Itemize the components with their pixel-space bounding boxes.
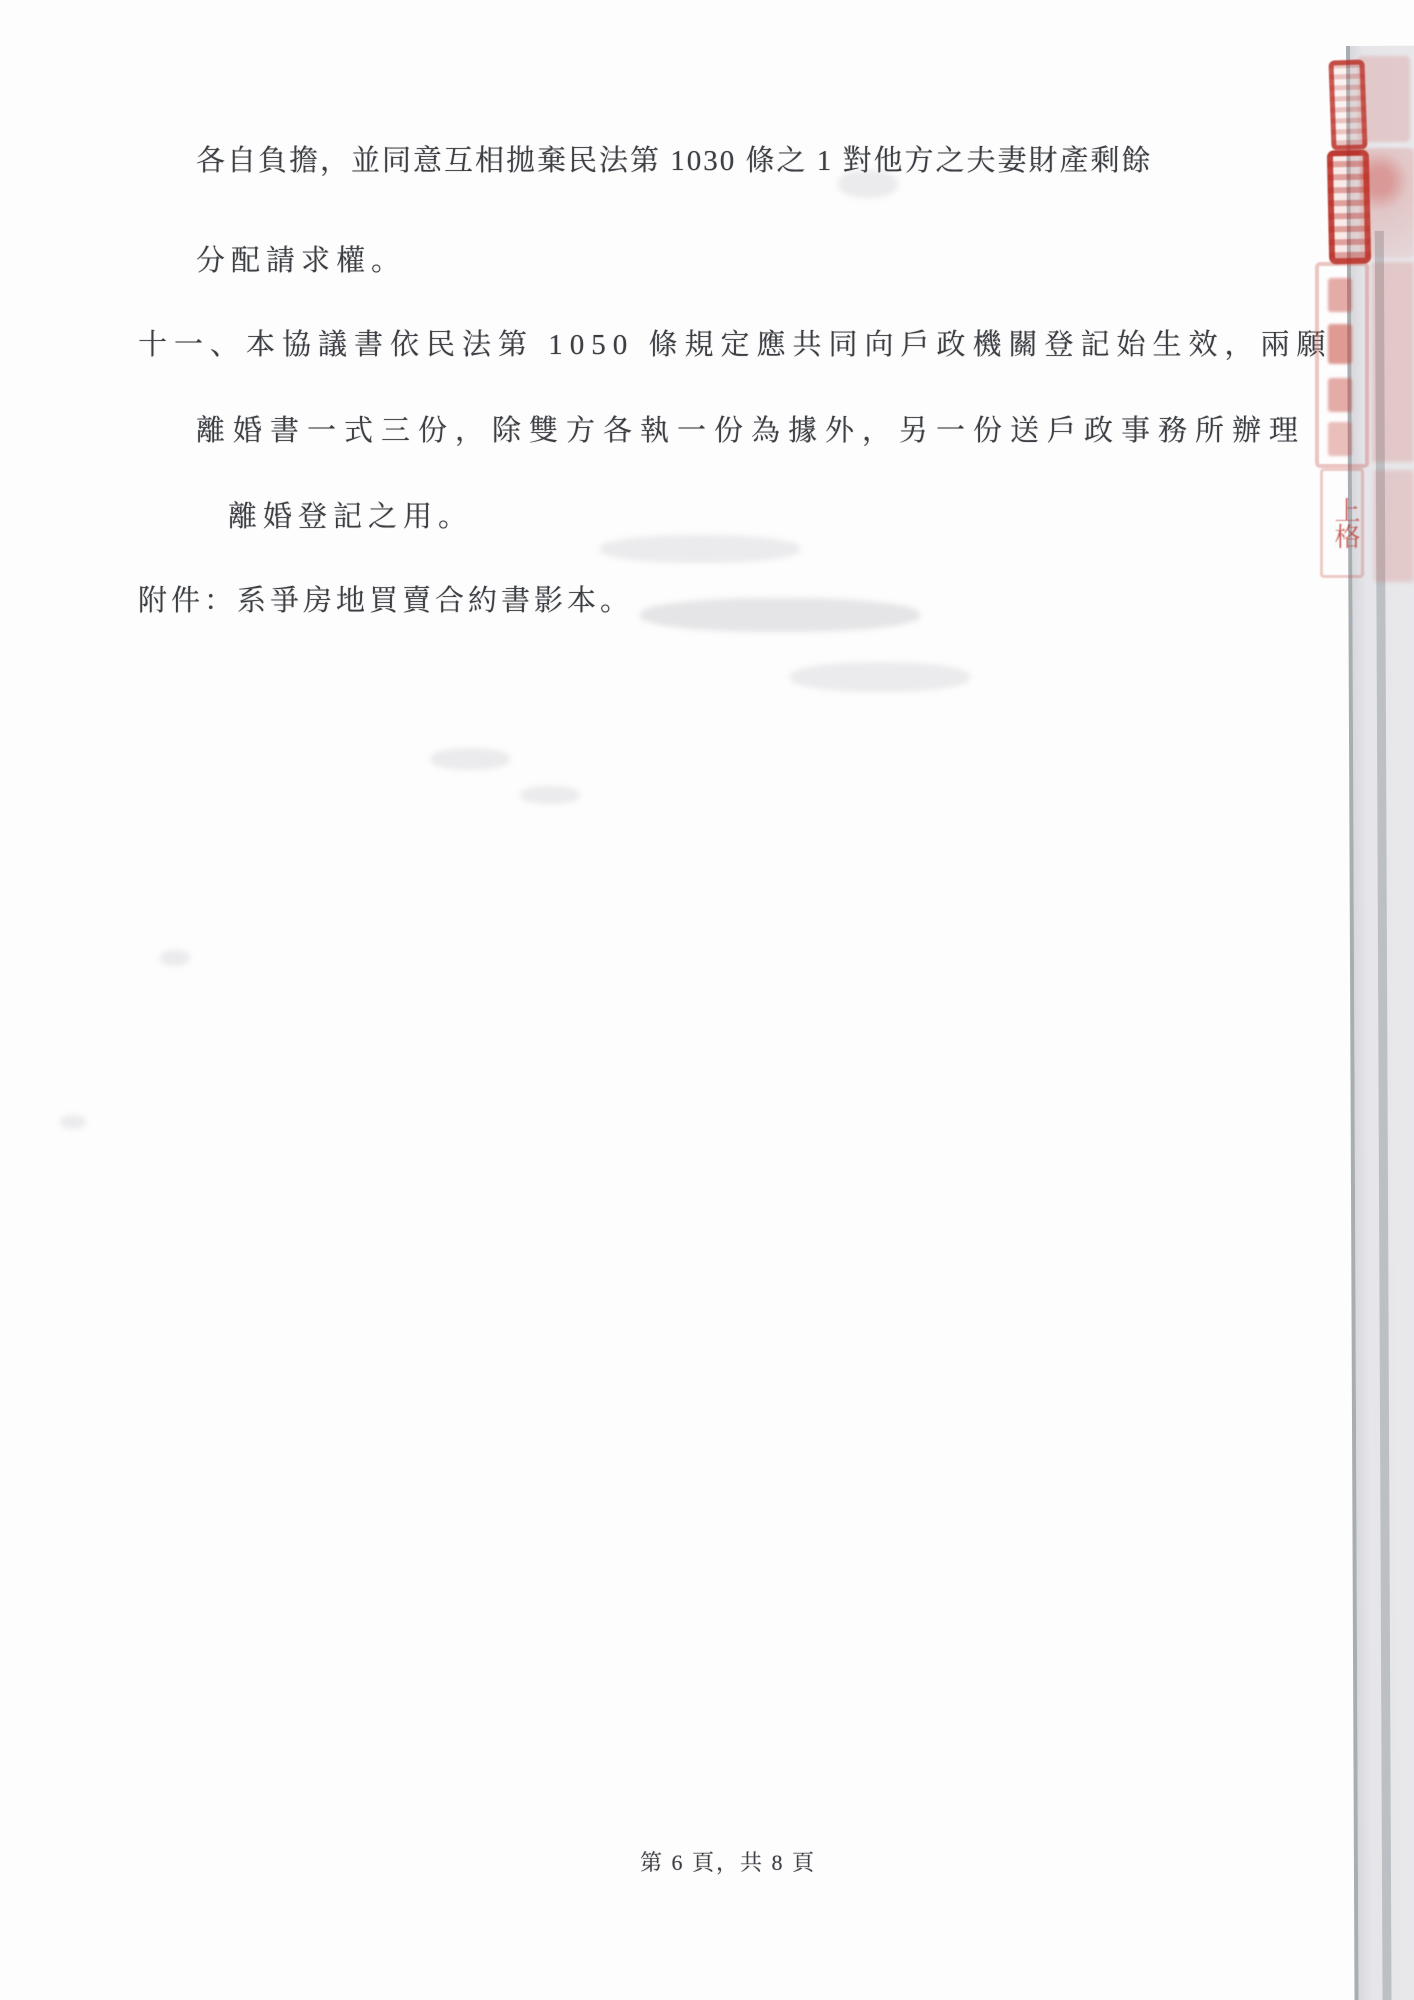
stamp-glyph <box>1328 278 1352 312</box>
scanned-document-page: 各自負擔，並同意互相拋棄民法第 1030 條之 1 對他方之夫妻財產剩餘 分配請… <box>0 0 1414 2000</box>
document-line: 各自負擔，並同意互相拋棄民法第 1030 條之 1 對他方之夫妻財產剩餘 <box>196 138 1153 179</box>
page-number-footer: 第 6 頁，共 8 頁 <box>640 1846 816 1877</box>
red-seal-stamp-icon <box>1315 262 1369 468</box>
stamp-glyph <box>1328 324 1352 364</box>
bleed-through-smudge <box>838 170 898 198</box>
stamp-glyph <box>1328 378 1352 412</box>
bleed-through-smudge <box>640 598 920 632</box>
bleed-through-smudge <box>520 786 580 804</box>
bleed-through-smudge <box>430 748 510 770</box>
document-line: 十一、本協議書依民法第 1050 條規定應共同向戶政機關登記始生效，兩願 <box>138 322 1333 363</box>
bleed-through-smudge <box>600 535 800 563</box>
bleed-through-smudge <box>160 950 190 966</box>
bleed-through-smudge <box>60 1115 86 1129</box>
stamp-glyph <box>1328 422 1352 456</box>
red-seal-stamp-fragment <box>1358 56 1410 142</box>
red-seal-stamp-fragment <box>1360 148 1414 258</box>
document-line: 離婚登記之用。 <box>228 494 473 535</box>
red-seal-stamp-icon: 上格 <box>1320 468 1364 578</box>
document-line: 分配請求權。 <box>196 238 406 279</box>
document-line: 附件：系爭房地買賣合約書影本。 <box>138 578 633 619</box>
bleed-through-smudge <box>790 662 970 692</box>
red-seal-stamp-fragment <box>1372 262 1414 462</box>
document-line: 離婚書一式三份，除雙方各執一份為據外，另一份送戶政事務所辦理 <box>196 408 1306 449</box>
red-seal-stamp-fragment <box>1374 470 1414 582</box>
